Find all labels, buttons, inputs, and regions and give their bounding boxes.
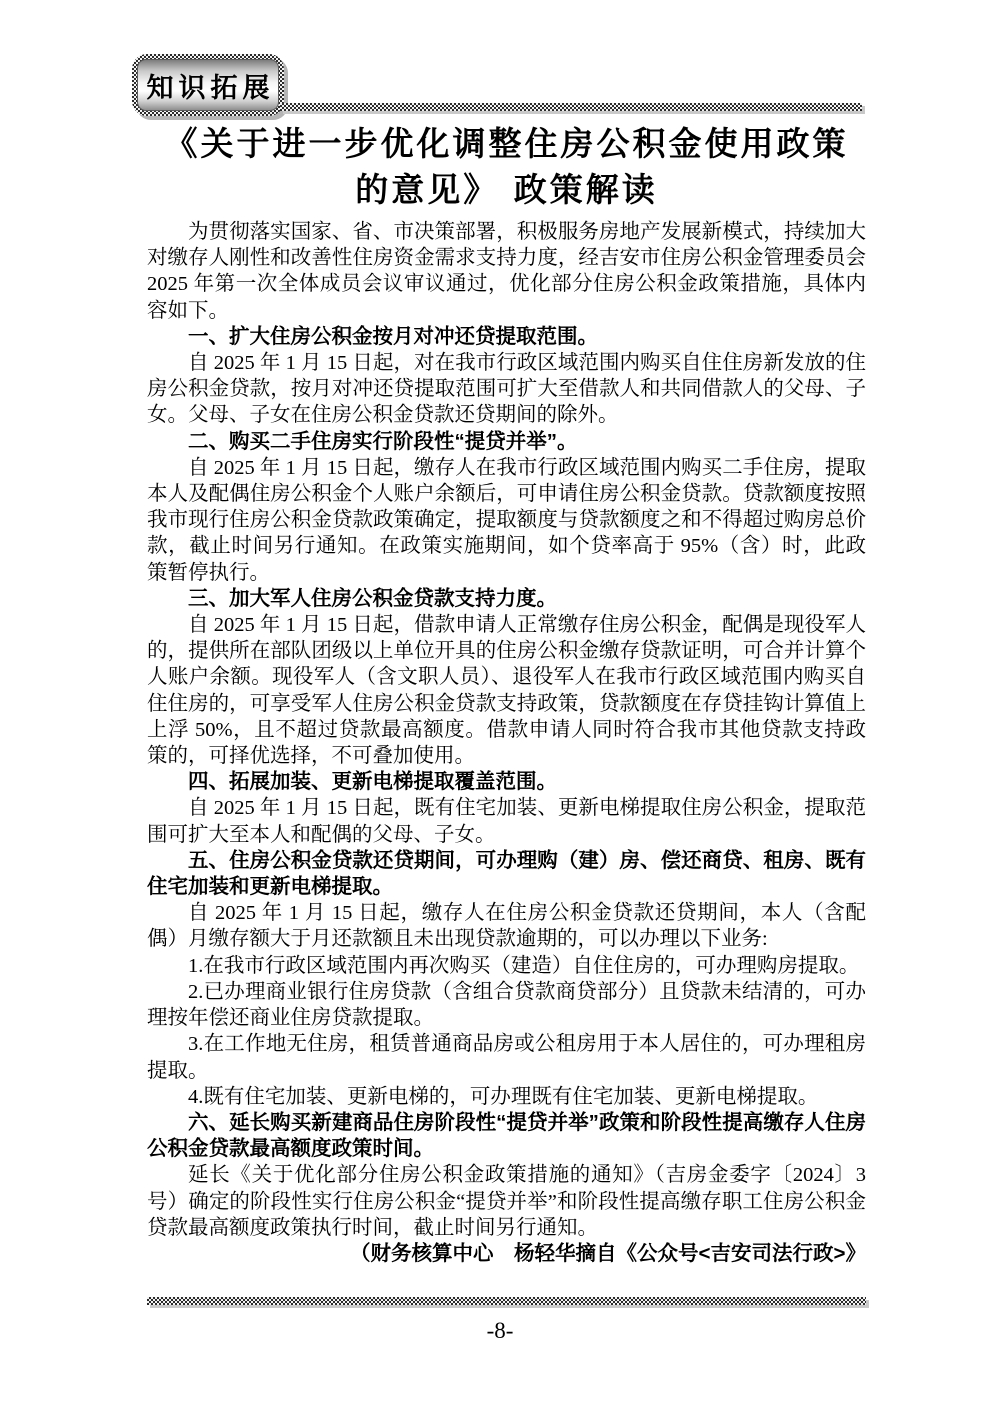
section-6-body: 延长《关于优化部分住房公积金政策措施的通知》（吉房金委字〔2024〕3号）确定的…	[147, 1162, 866, 1241]
section-5-body: 自 2025 年 1 月 15 日起，缴存人在住房公积金贷款还贷期间，本人（含配…	[147, 900, 866, 952]
section-5-item-3: 3.在工作地无住房，租赁普通商品房或公租房用于本人居住的，可办理租房提取。	[147, 1031, 866, 1083]
section-6-heading: 六、延长购买新建商品住房阶段性“提贷并举”政策和阶段性提高缴存人住房公积金贷款最…	[147, 1110, 866, 1162]
section-3-heading: 三、加大军人住房公积金贷款支持力度。	[147, 586, 866, 612]
knowledge-expansion-badge: 知识拓展	[132, 54, 284, 116]
badge-label: 知识拓展	[142, 66, 275, 105]
section-2-body: 自 2025 年 1 月 15 日起，缴存人在我市行政区域范围内购买二手住房，提…	[147, 455, 866, 586]
section-3-body: 自 2025 年 1 月 15 日起，借款申请人正常缴存住房公积金，配偶是现役军…	[147, 612, 866, 769]
section-1-body: 自 2025 年 1 月 15 日起，对在我市行政区域范围内购买自住住房新发放的…	[147, 350, 866, 429]
badge-plate: 知识拓展	[137, 59, 279, 111]
document-page: 知识拓展 《关于进一步优化调整住房公积金使用政策 的意见》 政策解读 为贯彻落实…	[0, 0, 1000, 1414]
section-1-heading: 一、扩大住房公积金按月对冲还贷提取范围。	[147, 324, 866, 350]
attribution: （财务核算中心 杨轻华摘自《公众号<吉安司法行政>》	[147, 1241, 866, 1267]
section-2-heading: 二、购买二手住房实行阶段性“提贷并举”。	[147, 429, 866, 455]
section-4-body: 自 2025 年 1 月 15 日起，既有住宅加装、更新电梯提取住房公积金，提取…	[147, 795, 866, 847]
document-title: 《关于进一步优化调整住房公积金使用政策 的意见》 政策解读	[147, 121, 866, 213]
page-number: -8-	[0, 1318, 1000, 1344]
title-line-1: 《关于进一步优化调整住房公积金使用政策	[147, 121, 866, 167]
section-5-item-1: 1.在我市行政区域范围内再次购买（建造）自住住房的，可办理购房提取。	[147, 953, 866, 979]
intro-paragraph: 为贯彻落实国家、省、市决策部署，积极服务房地产发展新模式，持续加大对缴存人刚性和…	[147, 219, 866, 324]
section-5-item-2: 2.已办理商业银行住房贷款（含组合贷款商贷部分）且贷款未结清的，可办理按年偿还商…	[147, 979, 866, 1031]
footer-rule	[147, 1297, 866, 1305]
title-line-2: 的意见》 政策解读	[147, 167, 866, 213]
section-5-item-4: 4.既有住宅加装、更新电梯的，可办理既有住宅加装、更新电梯提取。	[147, 1084, 866, 1110]
document-content: 《关于进一步优化调整住房公积金使用政策 的意见》 政策解读 为贯彻落实国家、省、…	[147, 121, 866, 1267]
section-5-heading: 五、住房公积金贷款还贷期间，可办理购（建）房、偿还商贷、租房、既有住宅加装和更新…	[147, 848, 866, 900]
header-rule	[280, 103, 862, 111]
section-4-heading: 四、拓展加装、更新电梯提取覆盖范围。	[147, 769, 866, 795]
